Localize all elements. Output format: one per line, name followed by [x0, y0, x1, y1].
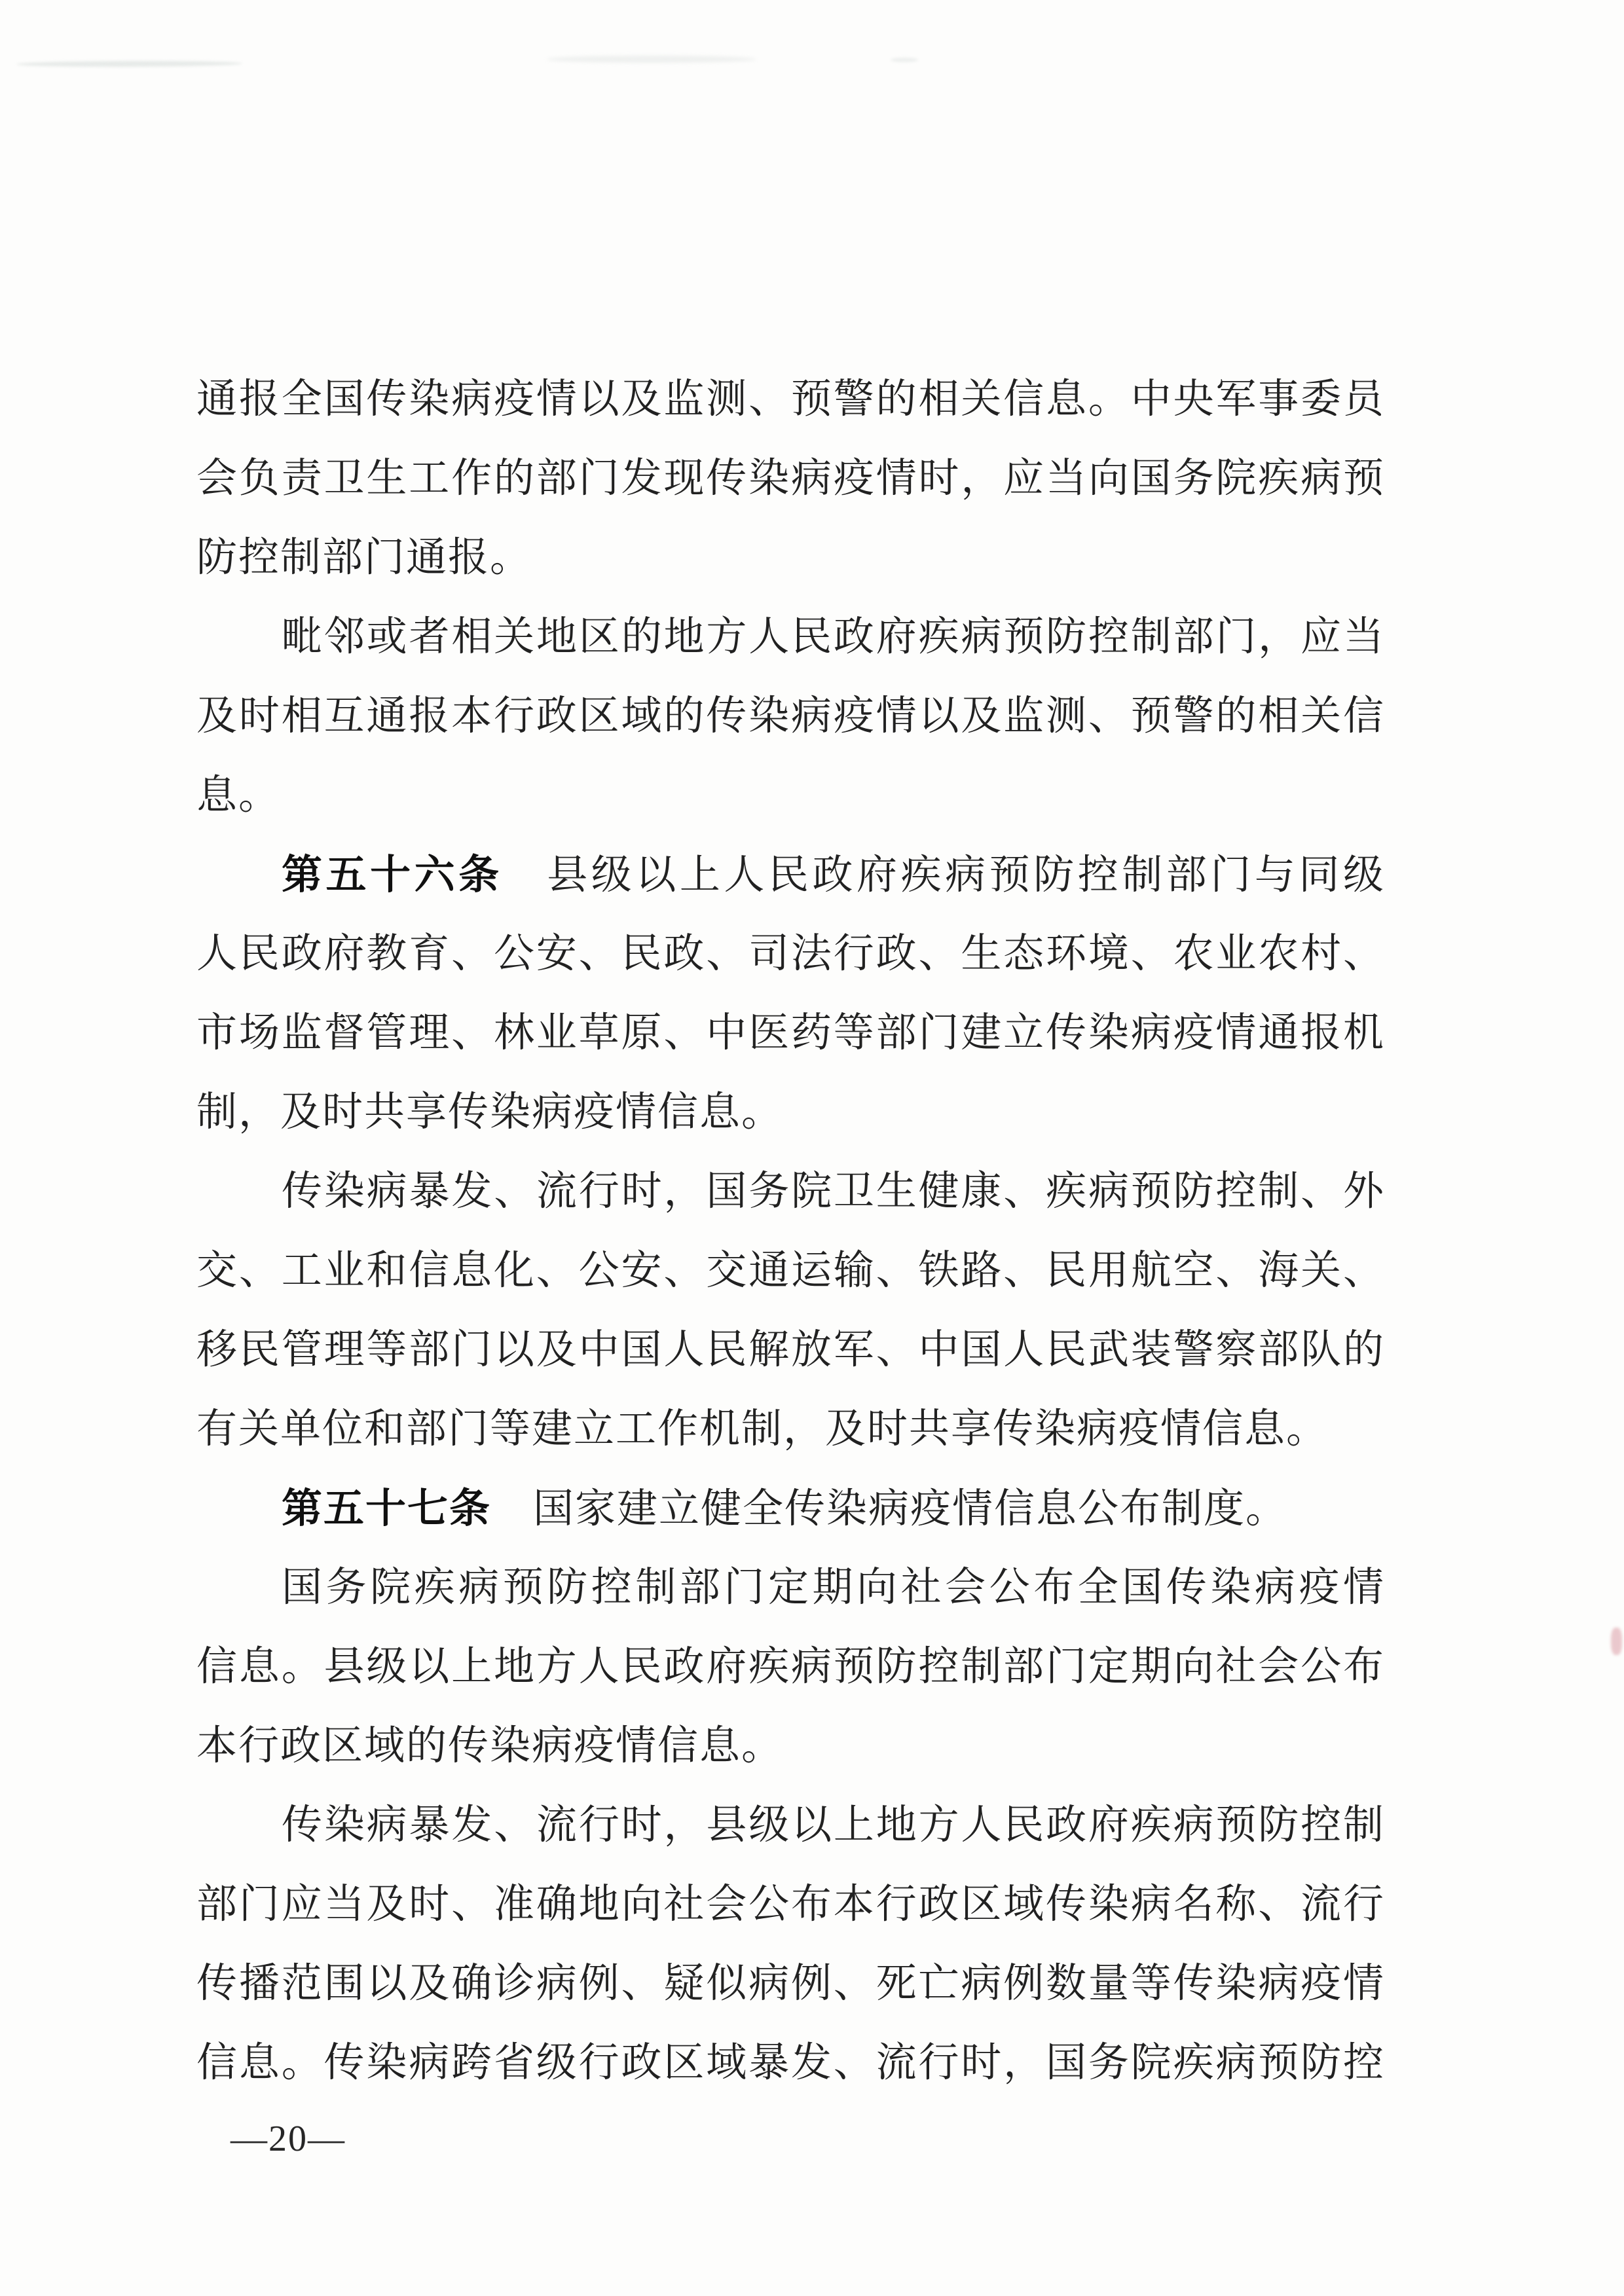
text-line: 信息。县级以上地方人民政府疾病预防控制部门定期向社会公布 [196, 1628, 1385, 1707]
text-line: 移民管理等部门以及中国人民解放军、中国人民武装警察部队的 [196, 1311, 1385, 1390]
text-line: 人民政府教育、公安、民政、司法行政、生态环境、农业农村、 [196, 915, 1385, 994]
text-line: 通报全国传染病疫情以及监测、预警的相关信息。中央军事委员 [196, 360, 1385, 439]
text-line: 有关单位和部门等建立工作机制，及时共享传染病疫情信息。 [196, 1390, 1385, 1469]
text-line: 市场监督管理、林业草原、中医药等部门建立传染病疫情通报机 [196, 994, 1385, 1073]
text-line: 传播范围以及确诊病例、疑似病例、死亡病例数量等传染病疫情 [196, 1944, 1385, 2024]
text-line: 传染病暴发、流行时，县级以上地方人民政府疾病预防控制 [196, 1786, 1385, 1865]
scan-smudge-artifact [16, 60, 242, 67]
text-line: 防控制部门通报。 [196, 519, 1385, 598]
document-text-block: 通报全国传染病疫情以及监测、预警的相关信息。中央军事委员 会负责卫生工作的部门发… [196, 360, 1385, 2103]
text-line: 第五十六条 县级以上人民政府疾病预防控制部门与同级 [196, 835, 1385, 915]
page-number: —20— [231, 2121, 346, 2157]
text-line: 毗邻或者相关地区的地方人民政府疾病预防控制部门，应当 [196, 598, 1385, 677]
text-segment: 国家建立健全传染病疫情信息公布制度。 [491, 1487, 1287, 1531]
article-56-number: 第五十六条 [282, 852, 503, 898]
scan-smudge-artifact [547, 56, 756, 63]
scan-pink-mark-artifact [1611, 1628, 1622, 1655]
text-line: 第五十七条 国家建立健全传染病疫情信息公布制度。 [196, 1469, 1385, 1548]
article-57-number: 第五十七条 [282, 1486, 491, 1531]
text-line: 本行政区域的传染病疫情信息。 [196, 1707, 1385, 1786]
text-line: 国务院疾病预防控制部门定期向社会公布全国传染病疫情 [196, 1548, 1385, 1628]
text-line: 息。 [196, 756, 1385, 835]
text-line: 会负责卫生工作的部门发现传染病疫情时，应当向国务院疾病预 [196, 439, 1385, 519]
text-line: 制，及时共享传染病疫情信息。 [196, 1073, 1385, 1152]
text-line: 交、工业和信息化、公安、交通运输、铁路、民用航空、海关、 [196, 1231, 1385, 1311]
text-segment: 县级以上人民政府疾病预防控制部门与同级 [503, 853, 1385, 898]
text-line: 部门应当及时、准确地向社会公布本行政区域传染病名称、流行 [196, 1865, 1385, 1944]
scanned-document-page: 通报全国传染病疫情以及监测、预警的相关信息。中央军事委员 会负责卫生工作的部门发… [0, 0, 1624, 2296]
text-line: 及时相互通报本行政区域的传染病疫情以及监测、预警的相关信 [196, 677, 1385, 756]
text-line: 信息。传染病跨省级行政区域暴发、流行时，国务院疾病预防控 [196, 2024, 1385, 2103]
scan-smudge-artifact [891, 58, 918, 62]
text-line: 传染病暴发、流行时，国务院卫生健康、疾病预防控制、外 [196, 1152, 1385, 1231]
